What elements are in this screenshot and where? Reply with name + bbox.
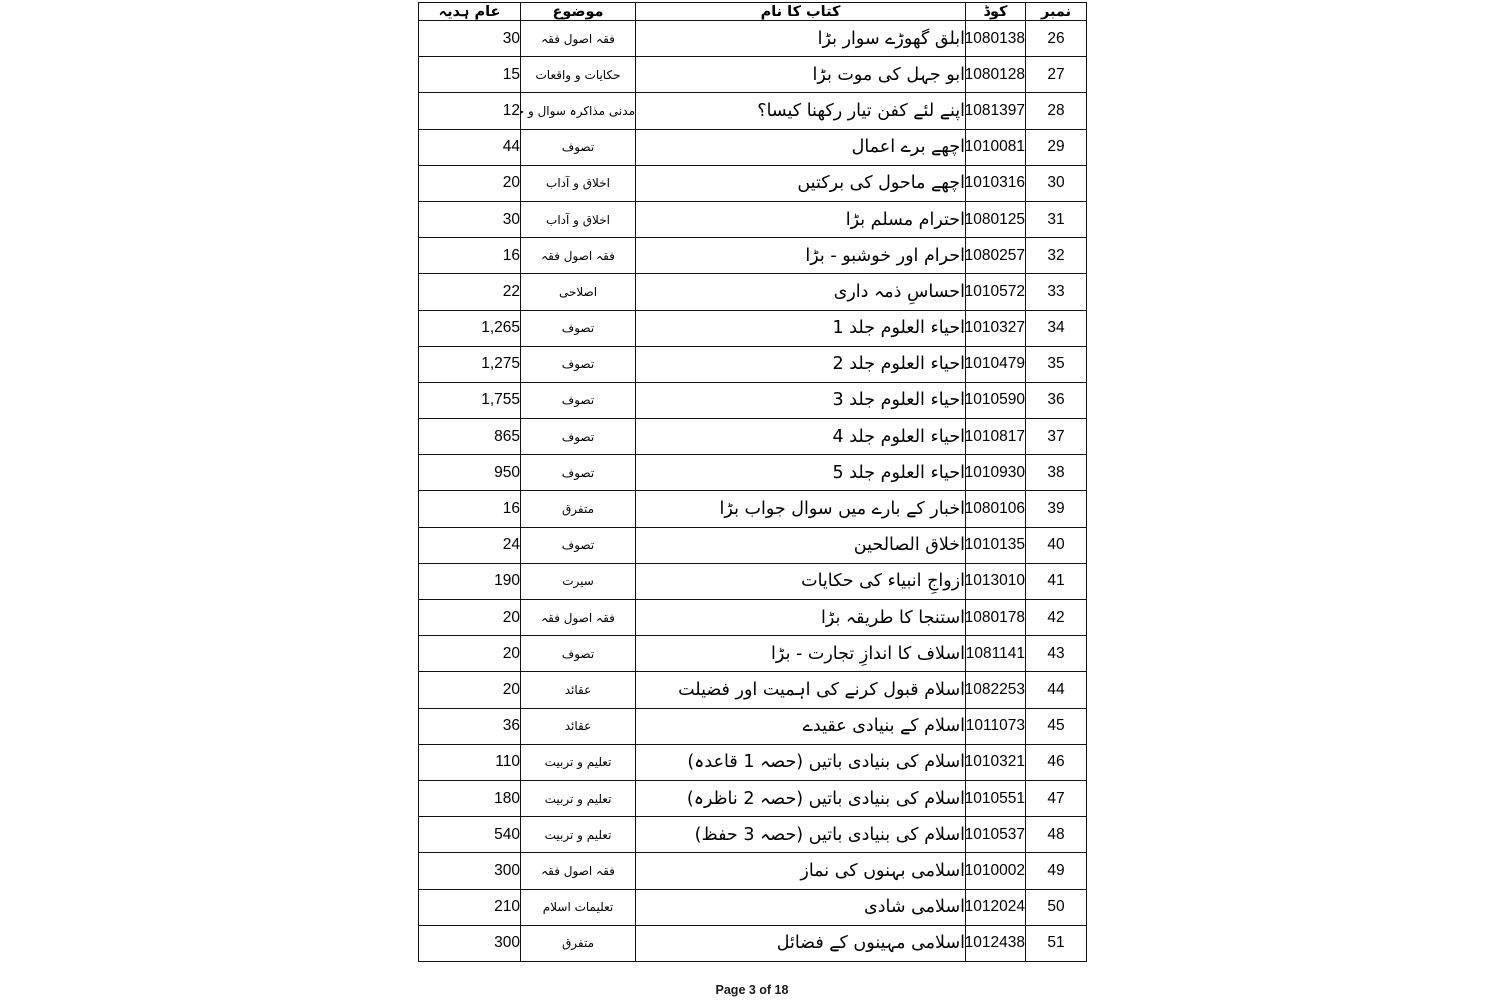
code-cell: 1081141 — [966, 636, 1026, 672]
book-title-cell: ابو جہل کی موت بڑا — [636, 57, 966, 93]
subject-cell: فقہ اصول فقہ — [521, 853, 636, 889]
code-cell: 1010135 — [966, 527, 1026, 563]
subject-cell: متفرق — [521, 491, 636, 527]
code-cell: 1082253 — [966, 672, 1026, 708]
book-title-cell: احیاء العلوم جلد 5 — [636, 455, 966, 491]
table-row: 421080178استنجا کا طریقہ بڑافقہ اصول فقہ… — [419, 600, 1087, 636]
book-title-cell: اسلام کی بنیادی باتیں (حصہ 2 ناظرہ) — [636, 780, 966, 816]
code-cell: 1010316 — [966, 165, 1026, 201]
table-row: 301010316اچھے ماحول کی برکتیںاخلاق و آدا… — [419, 165, 1087, 201]
subject-cell: تصوف — [521, 636, 636, 672]
code-cell: 1080128 — [966, 57, 1026, 93]
book-title-cell: احترام مسلم بڑا — [636, 201, 966, 237]
code-cell: 1010321 — [966, 744, 1026, 780]
price-cell: 20 — [419, 672, 521, 708]
code-cell: 1080178 — [966, 600, 1026, 636]
subject-cell: تصوف — [521, 382, 636, 418]
table-row: 401010135اخلاق الصالحینتصوف24 — [419, 527, 1087, 563]
row-number-cell: 44 — [1026, 672, 1087, 708]
row-number-cell: 35 — [1026, 346, 1087, 382]
table-row: 321080257احرام اور خوشبو - بڑافقہ اصول ف… — [419, 238, 1087, 274]
price-cell: 950 — [419, 455, 521, 491]
book-title-cell: اسلاف کا اندازِ تجارت - بڑا — [636, 636, 966, 672]
table-row: 381010930احیاء العلوم جلد 5تصوف950 — [419, 455, 1087, 491]
book-list-table: نمبر کوڈ کتاب کا نام موضوع عام ہدیہ 2610… — [418, 2, 1087, 962]
code-cell: 1010590 — [966, 382, 1026, 418]
row-number-cell: 39 — [1026, 491, 1087, 527]
book-title-cell: اخبار کے بارے میں سوال جواب بڑا — [636, 491, 966, 527]
subject-cell: متفرق — [521, 925, 636, 961]
subject-cell: عقائد — [521, 672, 636, 708]
header-row: نمبر کوڈ کتاب کا نام موضوع عام ہدیہ — [419, 3, 1087, 21]
subject-cell: تصوف — [521, 346, 636, 382]
subject-cell: تصوف — [521, 129, 636, 165]
row-number-cell: 33 — [1026, 274, 1087, 310]
subject-cell: اصلاحی — [521, 274, 636, 310]
subject-cell: فقہ اصول فقہ — [521, 21, 636, 57]
subject-cell: مدنی مذاکرہ سوال و جواب — [521, 93, 636, 129]
code-cell: 1080138 — [966, 21, 1026, 57]
book-title-cell: اچھے ماحول کی برکتیں — [636, 165, 966, 201]
book-title-cell: احیاء العلوم جلد 3 — [636, 382, 966, 418]
price-cell: 12 — [419, 93, 521, 129]
price-cell: 180 — [419, 780, 521, 816]
row-number-cell: 48 — [1026, 817, 1087, 853]
subject-cell: عقائد — [521, 708, 636, 744]
code-cell: 1013010 — [966, 563, 1026, 599]
subject-cell: تعلیم و تربیت — [521, 744, 636, 780]
table-row: 271080128ابو جہل کی موت بڑاحکایات و واقع… — [419, 57, 1087, 93]
book-title-cell: اسلام کی بنیادی باتیں (حصہ 3 حفظ) — [636, 817, 966, 853]
table-row: 461010321اسلام کی بنیادی باتیں (حصہ 1 قا… — [419, 744, 1087, 780]
table-row: 451011073اسلام کے بنیادی عقیدےعقائد36 — [419, 708, 1087, 744]
price-cell: 300 — [419, 853, 521, 889]
header-subject: موضوع — [521, 3, 636, 21]
table-row: 391080106اخبار کے بارے میں سوال جواب بڑا… — [419, 491, 1087, 527]
table-row: 501012024اسلامی شادیتعلیمات اسلام210 — [419, 889, 1087, 925]
table-row: 361010590احیاء العلوم جلد 3تصوف1,755 — [419, 382, 1087, 418]
row-number-cell: 38 — [1026, 455, 1087, 491]
subject-cell: تعلیمات اسلام — [521, 889, 636, 925]
row-number-cell: 40 — [1026, 527, 1087, 563]
price-cell: 540 — [419, 817, 521, 853]
subject-cell: اخلاق و آداب — [521, 201, 636, 237]
row-number-cell: 42 — [1026, 600, 1087, 636]
price-cell: 30 — [419, 21, 521, 57]
code-cell: 1080257 — [966, 238, 1026, 274]
table-row: 511012438اسلامی مہینوں کے فضائلمتفرق300 — [419, 925, 1087, 961]
code-cell: 1010002 — [966, 853, 1026, 889]
book-title-cell: اخلاق الصالحین — [636, 527, 966, 563]
book-title-cell: اسلام قبول کرنے کی اہمیت اور فضیلت — [636, 672, 966, 708]
price-cell: 20 — [419, 165, 521, 201]
row-number-cell: 50 — [1026, 889, 1087, 925]
page-number-footer: Page 3 of 18 — [418, 983, 1086, 997]
code-cell: 1011073 — [966, 708, 1026, 744]
subject-cell: تصوف — [521, 419, 636, 455]
book-title-cell: اسلامی مہینوں کے فضائل — [636, 925, 966, 961]
book-title-cell: اچھے برے اعمال — [636, 129, 966, 165]
code-cell: 1080106 — [966, 491, 1026, 527]
header-price: عام ہدیہ — [419, 3, 521, 21]
subject-cell: تصوف — [521, 310, 636, 346]
table-row: 441082253اسلام قبول کرنے کی اہمیت اور فض… — [419, 672, 1087, 708]
row-number-cell: 26 — [1026, 21, 1087, 57]
code-cell: 1080125 — [966, 201, 1026, 237]
book-title-cell: اسلامی شادی — [636, 889, 966, 925]
table-row: 261080138ابلق گھوڑے سوار بڑافقہ اصول فقہ… — [419, 21, 1087, 57]
subject-cell: تصوف — [521, 455, 636, 491]
price-cell: 1,275 — [419, 346, 521, 382]
price-cell: 865 — [419, 419, 521, 455]
row-number-cell: 31 — [1026, 201, 1087, 237]
book-title-cell: اسلامی بہنوں کی نماز — [636, 853, 966, 889]
table-row: 351010479احیاء العلوم جلد 2تصوف1,275 — [419, 346, 1087, 382]
price-cell: 1,265 — [419, 310, 521, 346]
row-number-cell: 51 — [1026, 925, 1087, 961]
code-cell: 1012438 — [966, 925, 1026, 961]
row-number-cell: 28 — [1026, 93, 1087, 129]
price-cell: 16 — [419, 238, 521, 274]
table-row: 371010817احیاء العلوم جلد 4تصوف865 — [419, 419, 1087, 455]
table-row: 491010002اسلامی بہنوں کی نمازفقہ اصول فق… — [419, 853, 1087, 889]
subject-cell: فقہ اصول فقہ — [521, 238, 636, 274]
subject-cell: فقہ اصول فقہ — [521, 600, 636, 636]
book-title-cell: ازواجِ انبیاء کی حکایات — [636, 563, 966, 599]
book-title-cell: اپنے لئے کفن تیار رکھنا کیسا؟ — [636, 93, 966, 129]
row-number-cell: 27 — [1026, 57, 1087, 93]
table-row: 281081397اپنے لئے کفن تیار رکھنا کیسا؟مد… — [419, 93, 1087, 129]
table-row: 481010537اسلام کی بنیادی باتیں (حصہ 3 حف… — [419, 817, 1087, 853]
subject-cell: تعلیم و تربیت — [521, 817, 636, 853]
code-cell: 1010327 — [966, 310, 1026, 346]
code-cell: 1010817 — [966, 419, 1026, 455]
book-title-cell: احساسِ ذمہ داری — [636, 274, 966, 310]
book-title-cell: ابلق گھوڑے سوار بڑا — [636, 21, 966, 57]
book-title-cell: احیاء العلوم جلد 4 — [636, 419, 966, 455]
row-number-cell: 43 — [1026, 636, 1087, 672]
table-row: 331010572احساسِ ذمہ داریاصلاحی22 — [419, 274, 1087, 310]
code-cell: 1010551 — [966, 780, 1026, 816]
document-page: نمبر کوڈ کتاب کا نام موضوع عام ہدیہ 2610… — [0, 0, 1500, 1000]
code-cell: 1010479 — [966, 346, 1026, 382]
code-cell: 1010930 — [966, 455, 1026, 491]
price-cell: 15 — [419, 57, 521, 93]
row-number-cell: 30 — [1026, 165, 1087, 201]
table-row: 341010327احیاء العلوم جلد 1تصوف1,265 — [419, 310, 1087, 346]
price-cell: 22 — [419, 274, 521, 310]
row-number-cell: 32 — [1026, 238, 1087, 274]
row-number-cell: 36 — [1026, 382, 1087, 418]
price-cell: 300 — [419, 925, 521, 961]
code-cell: 1010081 — [966, 129, 1026, 165]
table-row: 311080125احترام مسلم بڑااخلاق و آداب30 — [419, 201, 1087, 237]
price-cell: 30 — [419, 201, 521, 237]
subject-cell: تعلیم و تربیت — [521, 780, 636, 816]
subject-cell: اخلاق و آداب — [521, 165, 636, 201]
price-cell: 20 — [419, 636, 521, 672]
row-number-cell: 45 — [1026, 708, 1087, 744]
code-cell: 1081397 — [966, 93, 1026, 129]
book-title-cell: احرام اور خوشبو - بڑا — [636, 238, 966, 274]
price-cell: 110 — [419, 744, 521, 780]
row-number-cell: 47 — [1026, 780, 1087, 816]
price-cell: 36 — [419, 708, 521, 744]
price-cell: 16 — [419, 491, 521, 527]
code-cell: 1010572 — [966, 274, 1026, 310]
row-number-cell: 46 — [1026, 744, 1087, 780]
row-number-cell: 41 — [1026, 563, 1087, 599]
table-row: 431081141اسلاف کا اندازِ تجارت - بڑاتصوف… — [419, 636, 1087, 672]
price-cell: 210 — [419, 889, 521, 925]
code-cell: 1012024 — [966, 889, 1026, 925]
header-book-name: کتاب کا نام — [636, 3, 966, 21]
header-number: نمبر — [1026, 3, 1087, 21]
book-title-cell: اسلام کی بنیادی باتیں (حصہ 1 قاعدہ) — [636, 744, 966, 780]
price-cell: 1,755 — [419, 382, 521, 418]
book-title-cell: احیاء العلوم جلد 1 — [636, 310, 966, 346]
code-cell: 1010537 — [966, 817, 1026, 853]
table-row: 291010081اچھے برے اعمالتصوف44 — [419, 129, 1087, 165]
book-title-cell: استنجا کا طریقہ بڑا — [636, 600, 966, 636]
row-number-cell: 34 — [1026, 310, 1087, 346]
book-title-cell: اسلام کے بنیادی عقیدے — [636, 708, 966, 744]
price-cell: 190 — [419, 563, 521, 599]
book-title-cell: احیاء العلوم جلد 2 — [636, 346, 966, 382]
price-cell: 44 — [419, 129, 521, 165]
header-code: کوڈ — [966, 3, 1026, 21]
row-number-cell: 37 — [1026, 419, 1087, 455]
subject-cell: حکایات و واقعات — [521, 57, 636, 93]
subject-cell: تصوف — [521, 527, 636, 563]
price-cell: 24 — [419, 527, 521, 563]
price-cell: 20 — [419, 600, 521, 636]
row-number-cell: 29 — [1026, 129, 1087, 165]
table-row: 471010551اسلام کی بنیادی باتیں (حصہ 2 نا… — [419, 780, 1087, 816]
subject-cell: سیرت — [521, 563, 636, 599]
table-row: 411013010ازواجِ انبیاء کی حکایاتسیرت190 — [419, 563, 1087, 599]
row-number-cell: 49 — [1026, 853, 1087, 889]
